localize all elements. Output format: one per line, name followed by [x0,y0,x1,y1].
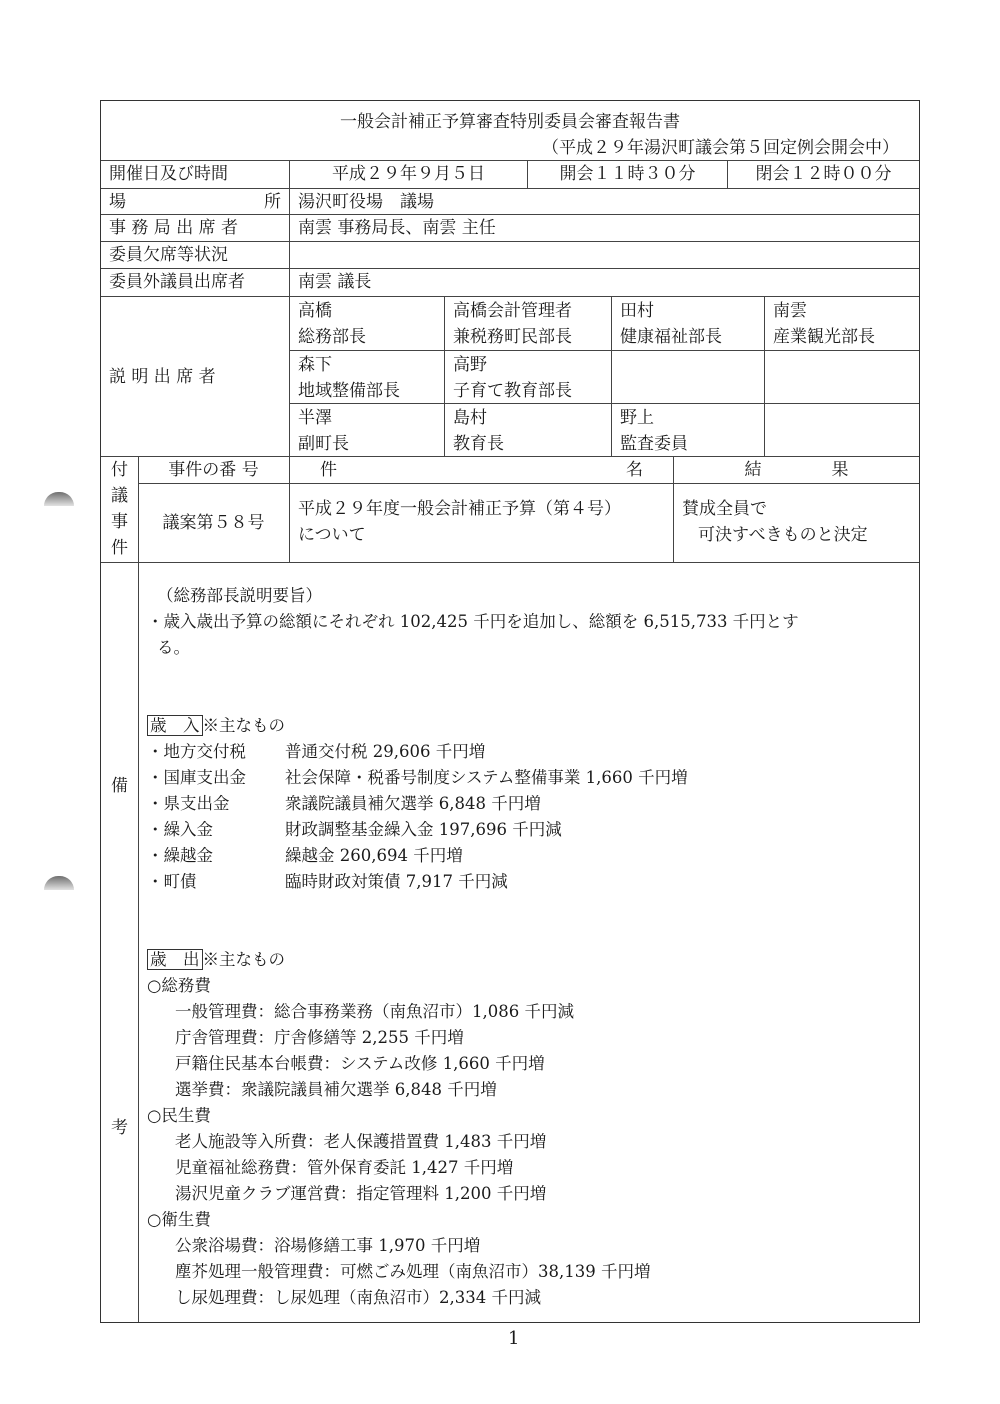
explainer-title: 兼税務町民部長 [453,324,603,350]
agenda-item-result: 賛成全員で 可決すべきものと決定 [673,483,919,562]
expenditure-item: 塵芥処理一般管理費：可燃ごみ処理（南魚沼市）38,139 千円増 [147,1259,909,1285]
explainer-title: 産業観光部長 [773,324,911,350]
revenue-item: ・国庫支出金社会保障・税番号制度システム整備事業 1,660 千円増 [147,765,909,791]
revenue-item-key: ・地方交付税 [147,739,285,765]
explainer-title: 地域整備部長 [298,378,436,404]
page-number: 1 [508,1328,519,1349]
revenue-item-value: 繰越金 260,694 千円増 [285,843,463,869]
remarks-side-char: 考 [101,1113,138,1138]
remarks-side-char: 備 [101,771,138,796]
agenda-item-name: 平成２９年度一般会計補正予算（第４号） について [289,483,673,562]
agenda-item-number: 議案第５８号 [138,483,289,562]
close-time: 閉会１２時００分 [727,161,919,188]
open-time: 開会１１時３０分 [527,161,727,188]
explainer-name: 田村 [620,298,756,324]
document-subtitle: （平成２９年湯沢町議会第５回定例会開会中） [542,133,899,158]
explainer-name: 高橋 [298,298,436,324]
revenue-item-key: ・繰越金 [147,843,285,869]
expenditure-group-name: ○総務費 [147,973,909,999]
revenue-item: ・町債臨時財政対策債 7,917 千円減 [147,869,909,895]
revenue-item-value: 財政調整基金繰入金 197,696 千円減 [285,817,562,843]
explainer-cell: 田村健康福祉部長 [611,297,764,350]
agenda-item-name-line: 平成２９年度一般会計補正予算（第４号） [298,496,665,522]
revenue-heading-note: ※主なもの [203,716,286,735]
explainer-cell [764,351,919,403]
explainer-cell: 南雲産業観光部長 [764,297,919,350]
explainer-name: 森下 [298,352,436,378]
expenditure-item: 一般管理費：総合事務業務（南魚沼市）1,086 千円減 [147,999,909,1025]
non-member-label: 委員外議員出席者 [101,269,289,296]
agenda-block: 付 議 事 件 事件の番 号 件 名 結 果 議案第５８号 平成２９年度一般会計… [101,457,919,563]
intro-line: ・歳入歳出予算の総額にそれぞれ 102,425 千円を追加し、総額を 6,515… [147,609,909,635]
intro-heading: （総務部長説明要旨） [147,583,909,609]
agenda-result-header: 結 果 [673,457,919,483]
revenue-heading-box: 歳 入 [147,715,203,736]
intro-line: る。 [147,635,909,661]
explainer-cell: 高橋総務部長 [289,297,444,350]
agenda-name-header-right: 名 [626,457,643,483]
explainers-grid: 高橋総務部長 高橋会計管理者兼税務町民部長 田村健康福祉部長 南雲産業観光部長 … [289,297,919,456]
explainer-cell [611,351,764,403]
non-member-row: 委員外議員出席者 南雲 議長 [101,269,919,297]
agenda-result-header-left: 結 [745,457,762,483]
revenue-item-value: 臨時財政対策債 7,917 千円減 [285,869,508,895]
explainers-grid-row: 森下地域整備部長 高野子育て教育部長 [289,351,919,404]
place-value: 湯沢町役場 議場 [289,189,919,214]
explainer-name: 島村 [453,405,603,431]
explainer-title: 総務部長 [298,324,436,350]
expenditure-item: 戸籍住民基本台帳費：システム改修 1,660 千円増 [147,1051,909,1077]
revenue-item-key: ・国庫支出金 [147,765,285,791]
revenue-heading: 歳 入※主なもの [147,713,909,739]
agenda-item-result-line: 賛成全員で [682,496,911,522]
punch-hole-mark [44,492,74,506]
explainer-cell: 野上監査委員 [611,404,764,457]
expenditure-heading-box: 歳 出 [147,949,203,970]
absence-label: 委員欠席等状況 [101,242,289,268]
explainer-name: 半澤 [298,405,436,431]
report-form: 一般会計補正予算審査特別委員会審査報告書 （平成２９年湯沢町議会第５回定例会開会… [100,100,920,1323]
agenda-side-char: 事 [101,509,138,535]
absence-value [289,242,919,268]
place-label: 場 所 [101,189,289,214]
revenue-item: ・県支出金衆議院議員補欠選挙 6,848 千円増 [147,791,909,817]
revenue-item-value: 普通交付税 29,606 千円増 [285,739,485,765]
explainer-cell: 高野子育て教育部長 [444,351,611,403]
expenditure-group-name: ○衛生費 [147,1207,909,1233]
explainers-grid-row: 半澤副町長 島村教育長 野上監査委員 [289,404,919,457]
secretariat-value: 南雲 事務局長、南雲 主任 [289,215,919,241]
date-time-row: 開催日及び時間 平成２９年９月５日 開会１１時３０分 閉会１２時００分 [101,161,919,189]
agenda-side-char: 件 [101,535,138,561]
remarks-content: （総務部長説明要旨） ・歳入歳出予算の総額にそれぞれ 102,425 千円を追加… [147,583,909,1311]
remarks-block: 備 考 （総務部長説明要旨） ・歳入歳出予算の総額にそれぞれ 102,425 千… [101,563,919,1322]
revenue-item: ・地方交付税普通交付税 29,606 千円増 [147,739,909,765]
expenditure-item: 老人施設等入所費：老人保護措置費 1,483 千円増 [147,1129,909,1155]
explainers-label: 説 明 出 席 者 [101,297,289,456]
explainer-title: 健康福祉部長 [620,324,756,350]
agenda-item-row: 議案第５８号 平成２９年度一般会計補正予算（第４号） について 賛成全員で 可決… [138,483,919,562]
agenda-result-header-right: 果 [832,457,849,483]
revenue-item-key: ・繰入金 [147,817,285,843]
explainer-title: 監査委員 [620,431,756,457]
remarks-side-label: 備 考 [101,563,139,1322]
explainer-name: 南雲 [773,298,911,324]
expenditure-item: 児童福祉総務費：管外保育委託 1,427 千円増 [147,1155,909,1181]
place-label-right: 所 [264,189,281,214]
expenditure-item: 選挙費：衆議院議員補欠選挙 6,848 千円増 [147,1077,909,1103]
expenditure-item: 湯沢児童クラブ運営費：指定管理料 1,200 千円増 [147,1181,909,1207]
expenditure-heading: 歳 出※主なもの [147,947,909,973]
explainer-title: 教育長 [453,431,603,457]
title-row: 一般会計補正予算審査特別委員会審査報告書 （平成２９年湯沢町議会第５回定例会開会… [101,101,919,161]
explainer-cell [764,404,919,457]
expenditure-item: 公衆浴場費：浴場修繕工事 1,970 千円増 [147,1233,909,1259]
agenda-item-result-line: 可決すべきものと決定 [682,522,911,548]
meeting-date: 平成２９年９月５日 [289,161,527,188]
explainer-cell: 森下地域整備部長 [289,351,444,403]
explainer-cell: 島村教育長 [444,404,611,457]
agenda-item-name-line: について [298,522,665,548]
absence-row: 委員欠席等状況 [101,242,919,269]
explainer-title: 子育て教育部長 [453,378,603,404]
explainer-name: 高橋会計管理者 [453,298,603,324]
explainer-title: 副町長 [298,431,436,457]
revenue-item: ・繰越金繰越金 260,694 千円増 [147,843,909,869]
explainer-cell: 高橋会計管理者兼税務町民部長 [444,297,611,350]
explainer-name: 高野 [453,352,603,378]
agenda-header-row: 事件の番 号 件 名 結 果 [138,457,919,484]
expenditure-item: し尿処理費：し尿処理（南魚沼市）2,334 千円減 [147,1285,909,1311]
revenue-item: ・繰入金財政調整基金繰入金 197,696 千円減 [147,817,909,843]
agenda-number-header: 事件の番 号 [138,457,289,483]
explainers-grid-row: 高橋総務部長 高橋会計管理者兼税務町民部長 田村健康福祉部長 南雲産業観光部長 [289,297,919,351]
explainer-name: 野上 [620,405,756,431]
explainers-block: 説 明 出 席 者 高橋総務部長 高橋会計管理者兼税務町民部長 田村健康福祉部長… [101,297,919,457]
expenditure-item: 庁舎管理費：庁舎修繕等 2,255 千円増 [147,1025,909,1051]
agenda-side-char: 付 [101,457,138,483]
expenditure-group-name: ○民生費 [147,1103,909,1129]
document-title: 一般会計補正予算審査特別委員会審査報告書 [101,107,919,132]
expenditure-heading-note: ※主なもの [203,950,286,969]
place-row: 場 所 湯沢町役場 議場 [101,189,919,215]
revenue-item-key: ・県支出金 [147,791,285,817]
revenue-item-value: 社会保障・税番号制度システム整備事業 1,660 千円増 [285,765,688,791]
agenda-name-header: 件 名 [289,457,673,483]
revenue-item-key: ・町債 [147,869,285,895]
secretariat-label: 事 務 局 出 席 者 [101,215,289,241]
agenda-side-char: 議 [101,483,138,509]
agenda-name-header-left: 件 [320,457,337,483]
punch-hole-mark [44,876,74,890]
non-member-value: 南雲 議長 [289,269,919,296]
place-label-left: 場 [109,189,126,214]
secretariat-row: 事 務 局 出 席 者 南雲 事務局長、南雲 主任 [101,215,919,242]
agenda-side-label: 付 議 事 件 [101,457,139,562]
date-time-label: 開催日及び時間 [101,161,289,188]
explainer-cell: 半澤副町長 [289,404,444,457]
revenue-item-value: 衆議院議員補欠選挙 6,848 千円増 [285,791,541,817]
